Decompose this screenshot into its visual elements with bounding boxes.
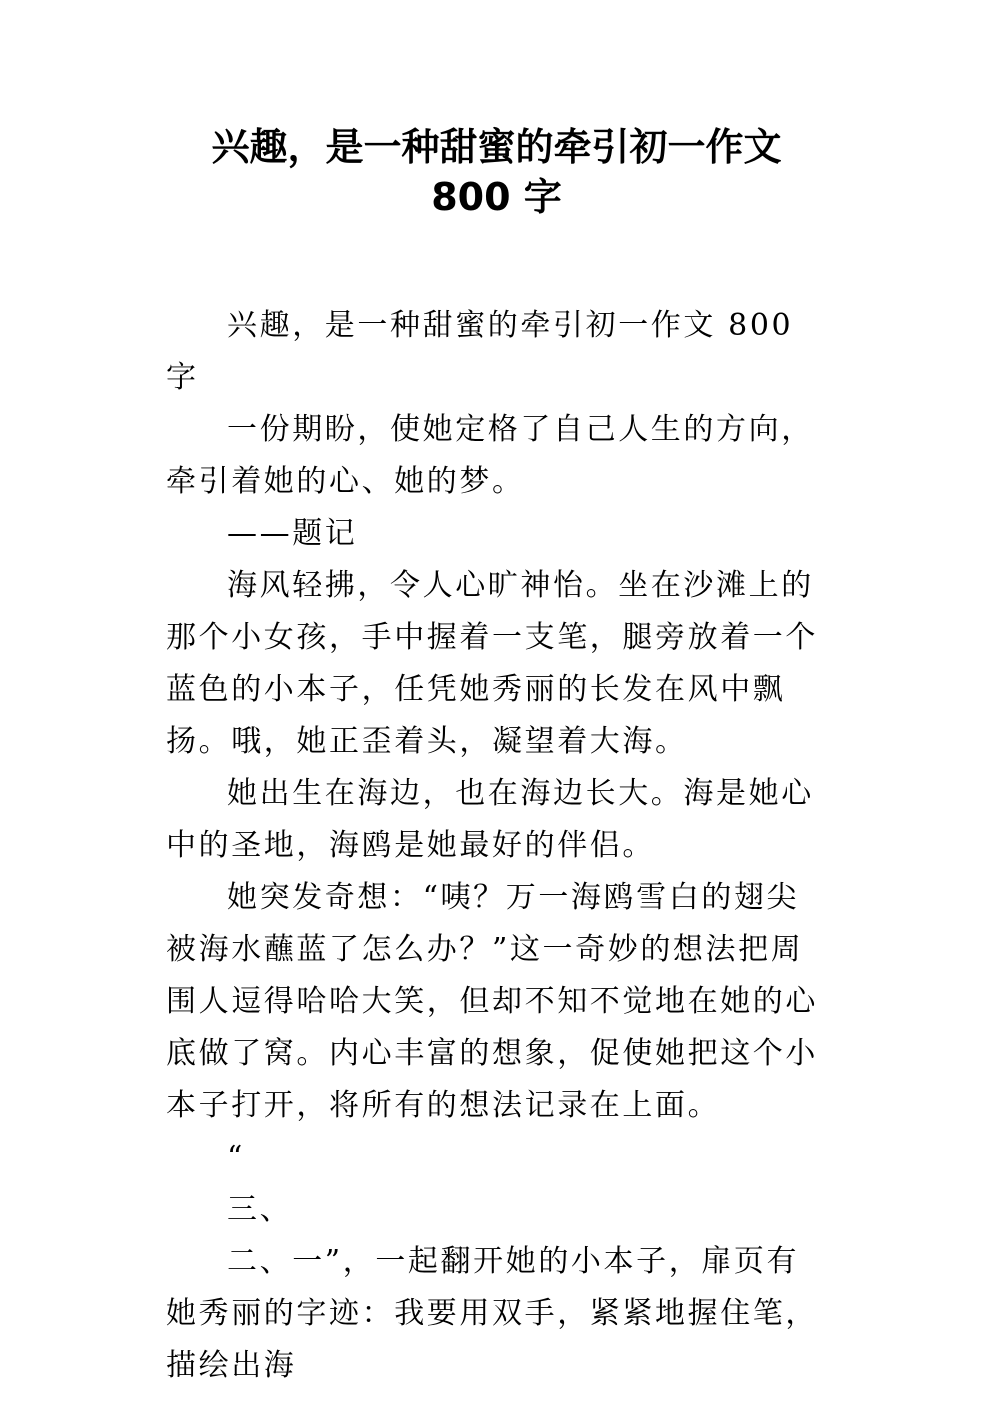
paragraph-countdown-three: 三、 bbox=[166, 1184, 828, 1236]
paragraph-epigraph: 一份期盼，使她定格了自己人生的方向，牵引着她的心、她的梦。 bbox=[166, 404, 828, 508]
paragraph-notebook-opened: 二、一”，一起翻开她的小本子，扉页有她秀丽的字迹：我要用双手，紧紧地握住笔，描绘… bbox=[166, 1236, 828, 1392]
title-line-2: 800 字 bbox=[0, 172, 993, 222]
title-line-1: 兴趣，是一种甜蜜的牵引初一作文 bbox=[0, 122, 993, 172]
document-body: 兴趣，是一种甜蜜的牵引初一作文 800 字 一份期盼，使她定格了自己人生的方向，… bbox=[166, 300, 828, 1392]
document-page: 兴趣，是一种甜蜜的牵引初一作文 800 字 兴趣，是一种甜蜜的牵引初一作文 80… bbox=[0, 0, 993, 1404]
paragraph-epigraph-attribution: ——题记 bbox=[166, 508, 828, 560]
paragraph-seaside-scene: 海风轻拂，令人心旷神怡。坐在沙滩上的那个小女孩，手中握着一支笔，腿旁放着一个蓝色… bbox=[166, 560, 828, 768]
document-title: 兴趣，是一种甜蜜的牵引初一作文 800 字 bbox=[0, 122, 993, 222]
paragraph-whim: 她突发奇想：“咦？万一海鸥雪白的翅尖被海水蘸蓝了怎么办？”这一奇妙的想法把周围人… bbox=[166, 872, 828, 1132]
paragraph-quote-mark: “ bbox=[166, 1132, 828, 1184]
paragraph-birthplace: 她出生在海边，也在海边长大。海是她心中的圣地，海鸥是她最好的伴侣。 bbox=[166, 768, 828, 872]
paragraph-heading-repeat: 兴趣，是一种甜蜜的牵引初一作文 800 字 bbox=[166, 300, 828, 404]
